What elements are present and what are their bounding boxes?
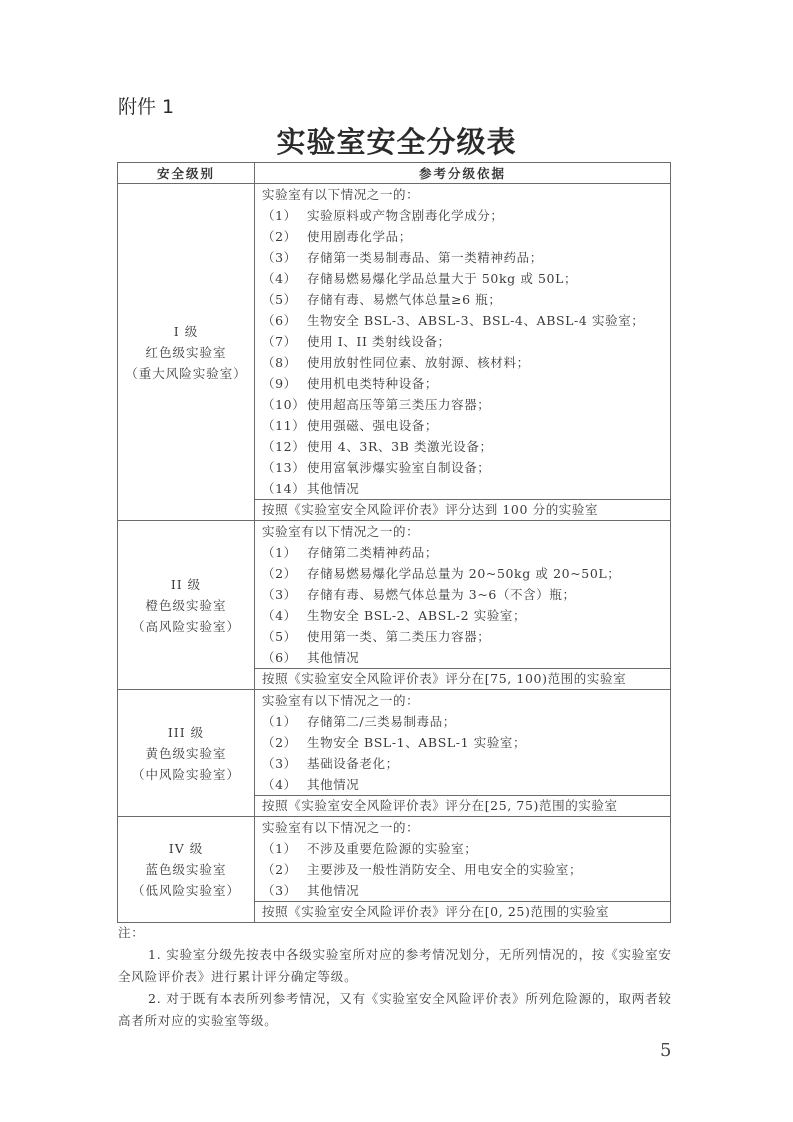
level-row: II 级橙色级实验室（高风险实验室）实验室有以下情况之一的：（1）存储第二类精神… [118, 521, 671, 669]
criteria-item-text: 不涉及重要危险源的实验室； [307, 841, 477, 856]
criteria-item-number: （3） [262, 880, 307, 901]
level-risk: （中风险实验室） [118, 764, 254, 785]
level-color-name: 黄色级实验室 [118, 743, 254, 764]
criteria-item: （1）存储第二/三类易制毒品； [262, 711, 670, 732]
criteria-item-text: 使用超高压等第三类压力容器； [307, 397, 490, 412]
page-number: 5 [660, 1040, 671, 1061]
header-reference-basis: 参考分级依据 [255, 163, 671, 184]
criteria-intro: 实验室有以下情况之一的： [262, 690, 670, 711]
level-color-name: 蓝色级实验室 [118, 859, 254, 880]
criteria-item: （8）使用放射性同位素、放射源、核材料； [262, 352, 670, 373]
criteria-cell: 实验室有以下情况之一的：（1）存储第二/三类易制毒品；（2）生物安全 BSL-1… [255, 690, 671, 796]
level-risk: （高风险实验室） [118, 616, 254, 637]
criteria-item: （11）使用强磁、强电设备； [262, 415, 670, 436]
criteria-item-number: （10） [262, 394, 307, 415]
criteria-item-text: 使用第一类、第二类压力容器； [307, 629, 490, 644]
safety-level-cell: III 级黄色级实验室（中风险实验室） [118, 690, 255, 817]
criteria-item-number: （4） [262, 268, 307, 289]
criteria-item-text: 基础设备老化； [307, 756, 399, 771]
lab-safety-grade-table: 安全级别 参考分级依据 I 级红色级实验室（重大风险实验室）实验室有以下情况之一… [117, 162, 671, 923]
criteria-item-number: （2） [262, 732, 307, 753]
criteria-item: （5）使用第一类、第二类压力容器； [262, 626, 670, 647]
criteria-item-number: （13） [262, 457, 307, 478]
attachment-label: 附件 1 [118, 92, 174, 119]
criteria-item-number: （2） [262, 563, 307, 584]
criteria-item: （3）存储有毒、易燃气体总量为 3~6（不含）瓶； [262, 584, 670, 605]
criteria-item: （3）基础设备老化； [262, 753, 670, 774]
criteria-item-number: （1） [262, 838, 307, 859]
criteria-item-text: 存储易燃易爆化学品总量大于 50kg 或 50L； [307, 271, 577, 286]
criteria-item: （2）主要涉及一般性消防安全、用电安全的实验室； [262, 859, 670, 880]
criteria-item: （5）存储有毒、易燃气体总量≥6 瓶； [262, 289, 670, 310]
criteria-item: （6）生物安全 BSL-3、ABSL-3、BSL-4、ABSL-4 实验室； [262, 310, 670, 331]
level-grade: I 级 [118, 321, 254, 342]
criteria-item-number: （6） [262, 647, 307, 668]
criteria-item: （10）使用超高压等第三类压力容器； [262, 394, 670, 415]
criteria-item: （13）使用富氧涉爆实验室自制设备； [262, 457, 670, 478]
criteria-item: （14）其他情况 [262, 478, 670, 499]
criteria-item-text: 主要涉及一般性消防安全、用电安全的实验室； [307, 862, 582, 877]
criteria-item-number: （9） [262, 373, 307, 394]
level-row: IV 级蓝色级实验室（低风险实验室）实验室有以下情况之一的：（1）不涉及重要危险… [118, 817, 671, 902]
criteria-item: （4）其他情况 [262, 774, 670, 795]
criteria-item: （2）存储易燃易爆化学品总量为 20~50kg 或 20~50L； [262, 563, 670, 584]
criteria-item: （2）生物安全 BSL-1、ABSL-1 实验室； [262, 732, 670, 753]
criteria-item-number: （1） [262, 205, 307, 226]
criteria-item-text: 存储有毒、易燃气体总量≥6 瓶； [307, 292, 502, 307]
criteria-item-number: （5） [262, 289, 307, 310]
criteria-item-number: （4） [262, 605, 307, 626]
criteria-item: （6）其他情况 [262, 647, 670, 668]
criteria-item-text: 其他情况 [307, 650, 359, 665]
score-rule: 按照《实验室安全风险评价表》评分在[25, 75)范围的实验室 [255, 796, 671, 817]
criteria-item: （12）使用 4、3R、3B 类激光设备； [262, 436, 670, 457]
criteria-item-number: （1） [262, 542, 307, 563]
score-rule: 按照《实验室安全风险评价表》评分在[75, 100)范围的实验室 [255, 669, 671, 690]
level-risk: （重大风险实验室） [118, 363, 254, 384]
criteria-item-text: 使用放射性同位素、放射源、核材料； [307, 355, 530, 370]
criteria-item-text: 存储第二/三类易制毒品； [307, 714, 456, 729]
criteria-item-number: （7） [262, 331, 307, 352]
criteria-item: （1）实验原料或产物含剧毒化学成分； [262, 205, 670, 226]
criteria-item-text: 实验原料或产物含剧毒化学成分； [307, 208, 504, 223]
note-item-2: 2. 对于既有本表所列参考情况，又有《实验室安全风险评价表》所列危险源的，取两者… [118, 988, 678, 1032]
criteria-item: （1）存储第二类精神药品； [262, 542, 670, 563]
level-color-name: 红色级实验室 [118, 342, 254, 363]
criteria-item-number: （6） [262, 310, 307, 331]
criteria-cell: 实验室有以下情况之一的：（1）实验原料或产物含剧毒化学成分；（2）使用剧毒化学品… [255, 184, 671, 500]
criteria-item-text: 存储第二类精神药品； [307, 545, 438, 560]
level-color-name: 橙色级实验室 [118, 595, 254, 616]
level-grade: III 级 [118, 722, 254, 743]
level-row: III 级黄色级实验室（中风险实验室）实验室有以下情况之一的：（1）存储第二/三… [118, 690, 671, 796]
criteria-intro: 实验室有以下情况之一的： [262, 521, 670, 542]
level-row: I 级红色级实验室（重大风险实验室）实验室有以下情况之一的：（1）实验原料或产物… [118, 184, 671, 500]
criteria-item-number: （2） [262, 859, 307, 880]
notes-label: 注： [118, 922, 678, 944]
criteria-item: （3）其他情况 [262, 880, 670, 901]
criteria-cell: 实验室有以下情况之一的：（1）不涉及重要危险源的实验室；（2）主要涉及一般性消防… [255, 817, 671, 902]
criteria-item-text: 使用富氧涉爆实验室自制设备； [307, 460, 490, 475]
criteria-item-text: 存储易燃易爆化学品总量为 20~50kg 或 20~50L； [307, 566, 620, 581]
criteria-item: （3）存储第一类易制毒品、第一类精神药品； [262, 247, 670, 268]
criteria-item-text: 使用强磁、强电设备； [307, 418, 438, 433]
level-risk: （低风险实验室） [118, 880, 254, 901]
criteria-intro: 实验室有以下情况之一的： [262, 817, 670, 838]
criteria-item-number: （3） [262, 584, 307, 605]
criteria-item-number: （3） [262, 247, 307, 268]
criteria-item: （4）存储易燃易爆化学品总量大于 50kg 或 50L； [262, 268, 670, 289]
criteria-item-text: 存储有毒、易燃气体总量为 3~6（不含）瓶； [307, 587, 576, 602]
criteria-item: （1）不涉及重要危险源的实验室； [262, 838, 670, 859]
criteria-item-number: （11） [262, 415, 307, 436]
criteria-item: （9）使用机电类特种设备； [262, 373, 670, 394]
criteria-item-text: 使用 4、3R、3B 类激光设备； [307, 439, 493, 454]
criteria-item-text: 生物安全 BSL-3、ABSL-3、BSL-4、ABSL-4 实验室； [307, 313, 644, 328]
criteria-item-number: （4） [262, 774, 307, 795]
criteria-item-number: （5） [262, 626, 307, 647]
page-title: 实验室安全分级表 [0, 120, 793, 161]
criteria-item-text: 其他情况 [307, 883, 359, 898]
table-header-row: 安全级别 参考分级依据 [118, 163, 671, 184]
criteria-item-text: 存储第一类易制毒品、第一类精神药品； [307, 250, 543, 265]
safety-level-cell: II 级橙色级实验室（高风险实验室） [118, 521, 255, 690]
score-rule: 按照《实验室安全风险评价表》评分达到 100 分的实验室 [255, 500, 671, 521]
criteria-item-text: 使用剧毒化学品； [307, 229, 412, 244]
criteria-item: （4）生物安全 BSL-2、ABSL-2 实验室； [262, 605, 670, 626]
criteria-item: （2）使用剧毒化学品； [262, 226, 670, 247]
criteria-item-number: （1） [262, 711, 307, 732]
safety-level-cell: I 级红色级实验室（重大风险实验室） [118, 184, 255, 521]
criteria-cell: 实验室有以下情况之一的：（1）存储第二类精神药品；（2）存储易燃易爆化学品总量为… [255, 521, 671, 669]
safety-level-cell: IV 级蓝色级实验室（低风险实验室） [118, 817, 255, 923]
criteria-item-number: （2） [262, 226, 307, 247]
criteria-item-text: 使用机电类特种设备； [307, 376, 438, 391]
criteria-item-text: 其他情况 [307, 481, 359, 496]
criteria-item-number: （8） [262, 352, 307, 373]
criteria-item-number: （14） [262, 478, 307, 499]
criteria-intro: 实验室有以下情况之一的： [262, 184, 670, 205]
notes-section: 注： 1. 实验室分级先按表中各级实验室所对应的参考情况划分，无所列情况的，按《… [118, 922, 678, 1032]
level-grade: II 级 [118, 574, 254, 595]
criteria-item-text: 生物安全 BSL-1、ABSL-1 实验室； [307, 735, 526, 750]
criteria-item: （7）使用 I、II 类射线设备； [262, 331, 670, 352]
header-safety-level: 安全级别 [118, 163, 255, 184]
criteria-item-text: 使用 I、II 类射线设备； [307, 334, 451, 349]
score-rule: 按照《实验室安全风险评价表》评分在[0, 25)范围的实验室 [255, 902, 671, 923]
criteria-item-text: 其他情况 [307, 777, 359, 792]
note-item-1: 1. 实验室分级先按表中各级实验室所对应的参考情况划分，无所列情况的，按《实验室… [118, 944, 678, 988]
criteria-item-text: 生物安全 BSL-2、ABSL-2 实验室； [307, 608, 526, 623]
criteria-item-number: （12） [262, 436, 307, 457]
level-grade: IV 级 [118, 838, 254, 859]
criteria-item-number: （3） [262, 753, 307, 774]
